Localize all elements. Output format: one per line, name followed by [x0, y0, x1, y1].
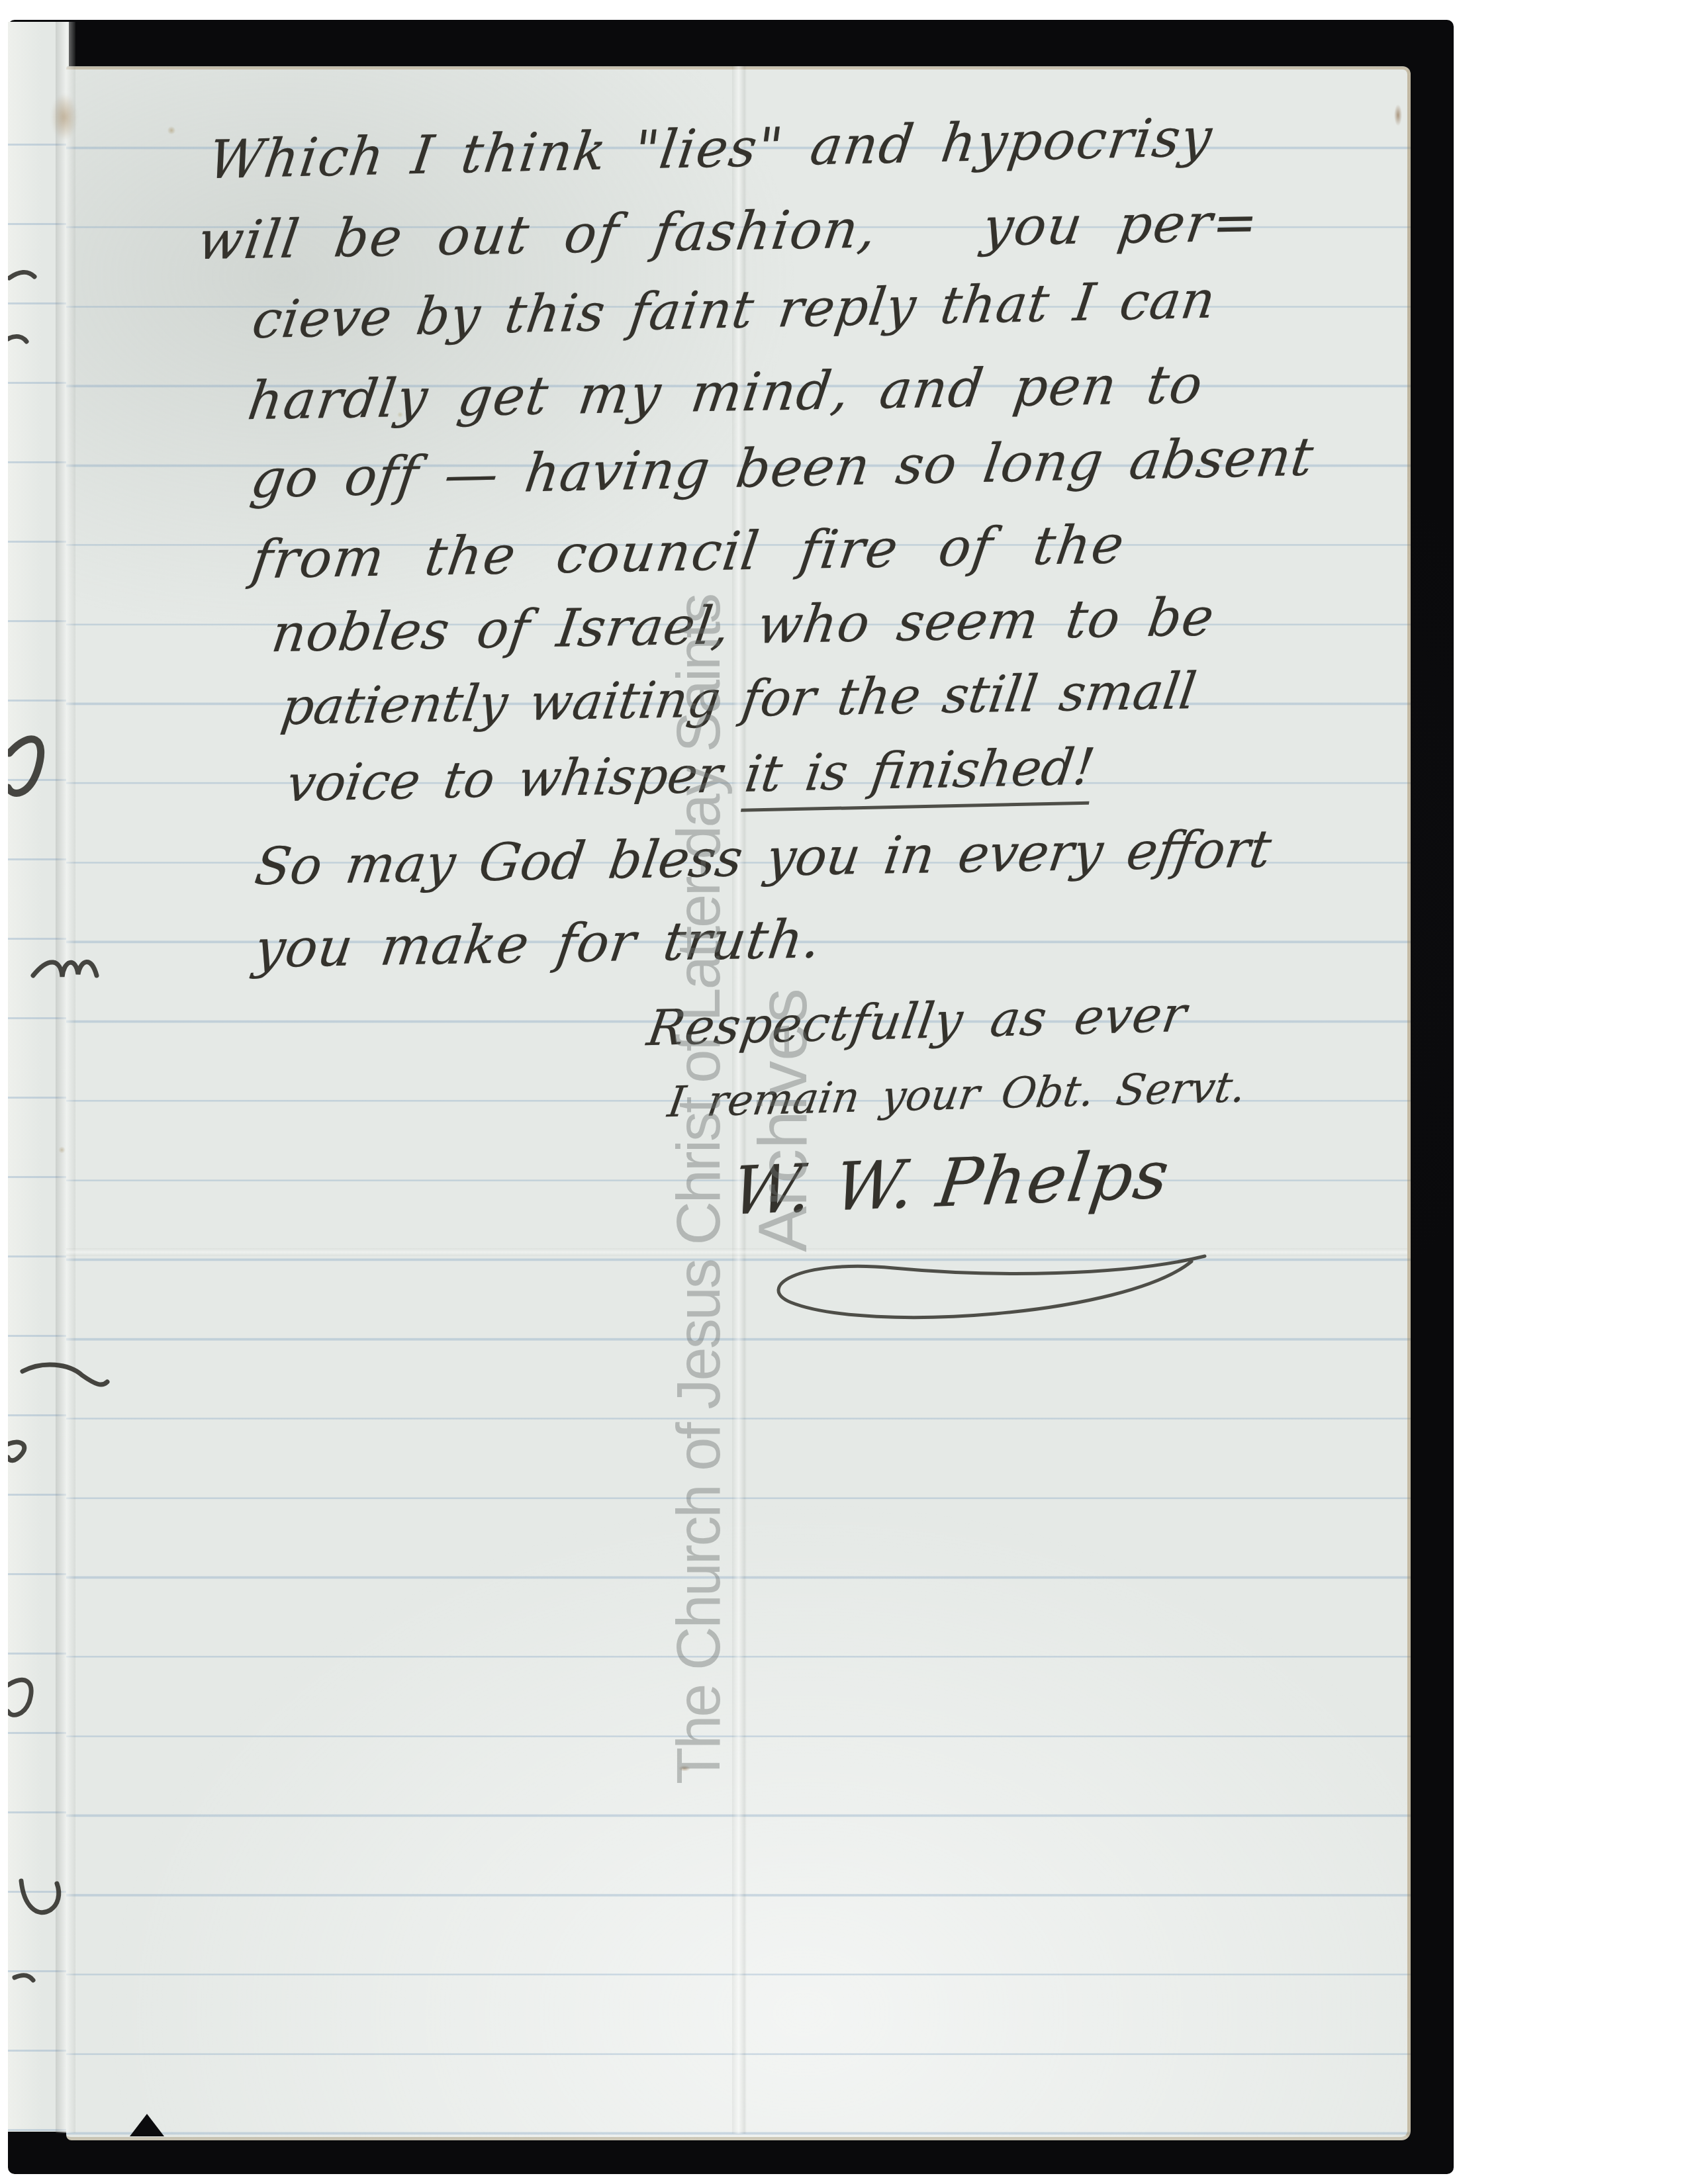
archive-watermark-text: Archives	[745, 988, 821, 1252]
ink-stroke-fragment	[8, 337, 26, 341]
ink-stroke-fragment	[8, 1680, 31, 1715]
ink-stroke-fragment	[8, 1442, 24, 1461]
paper-bottom-edge-notch	[130, 2114, 164, 2136]
ink-stroke-fragment	[15, 1976, 33, 1980]
ink-stroke-fragment	[9, 272, 34, 278]
underlined-phrase: it is finished!	[741, 737, 1098, 811]
signature-flourish	[755, 1250, 1231, 1342]
ink-stroke-fragment	[21, 1881, 59, 1913]
cut-off-ink-strokes	[8, 20, 120, 2174]
ink-stroke-fragment	[33, 962, 97, 977]
archive-watermark-text: The Church of Jesus Christ of Latter-day…	[666, 595, 733, 1784]
letter-line: you make for truth.	[251, 909, 825, 979]
scanned-letter-page: Which I think "lies" and hypocrisy will …	[0, 0, 1688, 2184]
ink-stroke-fragment	[23, 1365, 107, 1385]
ink-stroke-fragment	[8, 739, 41, 794]
